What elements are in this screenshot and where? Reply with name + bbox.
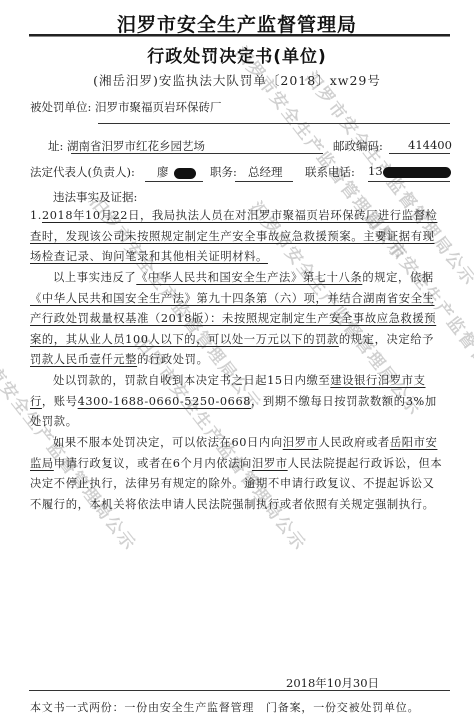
document-page: 汨罗市安全生产监督管理局公示 汨罗市安全生产监督管理局公示 汨罗市安全生产监督管… (0, 0, 474, 723)
redaction-mark (174, 168, 196, 179)
document-content: 汨罗市安全生产监督管理局 行政处罚决定书(单位) (湘岳汨罗)安监执法大队罚单〔… (0, 0, 474, 723)
address-row: 址: 湖南省汨罗市红花乡园艺场 (48, 138, 205, 154)
phone-value: 13 (368, 164, 383, 178)
header-rule (29, 34, 450, 37)
redaction-mark (383, 167, 451, 178)
phone-underline (368, 181, 450, 182)
legal-rep-underline (145, 181, 203, 182)
appeal-connector-2: 申请行政复议，或者在6个月内依法向 (54, 457, 252, 470)
position-underline (235, 181, 293, 182)
violation-paragraph: 以上事实违反了《中华人民共和国安全生产法》第七十八条的规定，依据《中华人民共和国… (30, 268, 445, 371)
punished-unit-label: 被处罚单位: (30, 100, 91, 114)
legal-rep-label: 法定代表人(负责人): (30, 164, 135, 180)
phone-label: 联系电话: (305, 164, 355, 180)
footer-note: 本文书一式两份：一份由安全生产监督管理 门备案，一份交被处罚单位。 (30, 699, 419, 715)
footer-rule (29, 690, 450, 691)
violation-intro: 以上事实违反了 (53, 271, 136, 284)
basis-connector: 的规定，决定给予 (339, 333, 434, 346)
fact-1-paragraph: 1.2018年10月22日，我局执法人员在对汨罗市聚福页岩环保砖厂进行监督检查时… (30, 206, 445, 268)
legal-rep-value-wrap: 廖 (157, 164, 196, 180)
penalty-suffix: 的行政处罚。 (137, 353, 208, 366)
payment-account: 4300-1688-0660-5250-0668 (78, 395, 251, 408)
payment-intro: 处以罚款的，罚款自收到本决定书之日起15日内缴至 (53, 374, 330, 387)
violated-law: 《中华人民共和国安全生产法》第七十八条 (136, 271, 362, 284)
appeal-government: 汨罗市 (283, 436, 319, 449)
postcode-label: 邮政编码: (333, 138, 383, 154)
punished-unit-underline (98, 123, 450, 124)
issue-date: 2018年10月30日 (286, 675, 379, 691)
appeal-connector-1: 人民政府或者 (318, 436, 389, 449)
address-label: 址: (48, 139, 63, 153)
violation-connector: 的规定，依据 (362, 271, 433, 284)
fact-1-number: 1. (30, 209, 42, 222)
doc-title: 行政处罚决定书(单位) (0, 42, 474, 67)
penalty-amount: 罚款人民币壹仟元整 (30, 353, 137, 366)
appeal-intro: 如果不服本处罚决定，可以依法在60日内向 (53, 436, 283, 449)
postcode-value: 414400 (408, 138, 452, 152)
facts-heading: 违法事实及证据: (53, 189, 137, 205)
legal-rep-value: 廖 (157, 165, 169, 179)
address-underline (71, 153, 323, 154)
fact-1-text: 2018年10月22日，我局执法人员在对汨罗市聚福页岩环保砖厂进行监督检查时，发… (30, 209, 437, 263)
phone-value-wrap: 13 (368, 164, 451, 178)
payment-paragraph: 处以罚款的，罚款自收到本决定书之日起15日内缴至建设银行汨罗市支行，账号4300… (30, 371, 445, 433)
payment-account-label: ，账号 (42, 395, 78, 408)
address-value: 湖南省汨罗市红花乡园艺场 (67, 139, 205, 153)
position-label: 职务: (210, 164, 237, 180)
doc-number: (湘岳汨罗)安监执法大队罚单〔2018〕xw29号 (0, 71, 474, 89)
punished-unit-value: 汨罗市聚福页岩环保砖厂 (95, 100, 222, 114)
postcode-underline (389, 153, 450, 154)
punished-unit-row: 被处罚单位: 汨罗市聚福页岩环保砖厂 (30, 99, 222, 115)
org-title: 汨罗市安全生产监督管理局 (0, 10, 474, 37)
position-value: 总经理 (248, 164, 283, 180)
appeal-court: 汨罗市 (252, 457, 288, 470)
appeal-paragraph: 如果不服本处罚决定，可以依法在60日内向汨罗市人民政府或者岳阳市安监局申请行政复… (30, 433, 445, 515)
